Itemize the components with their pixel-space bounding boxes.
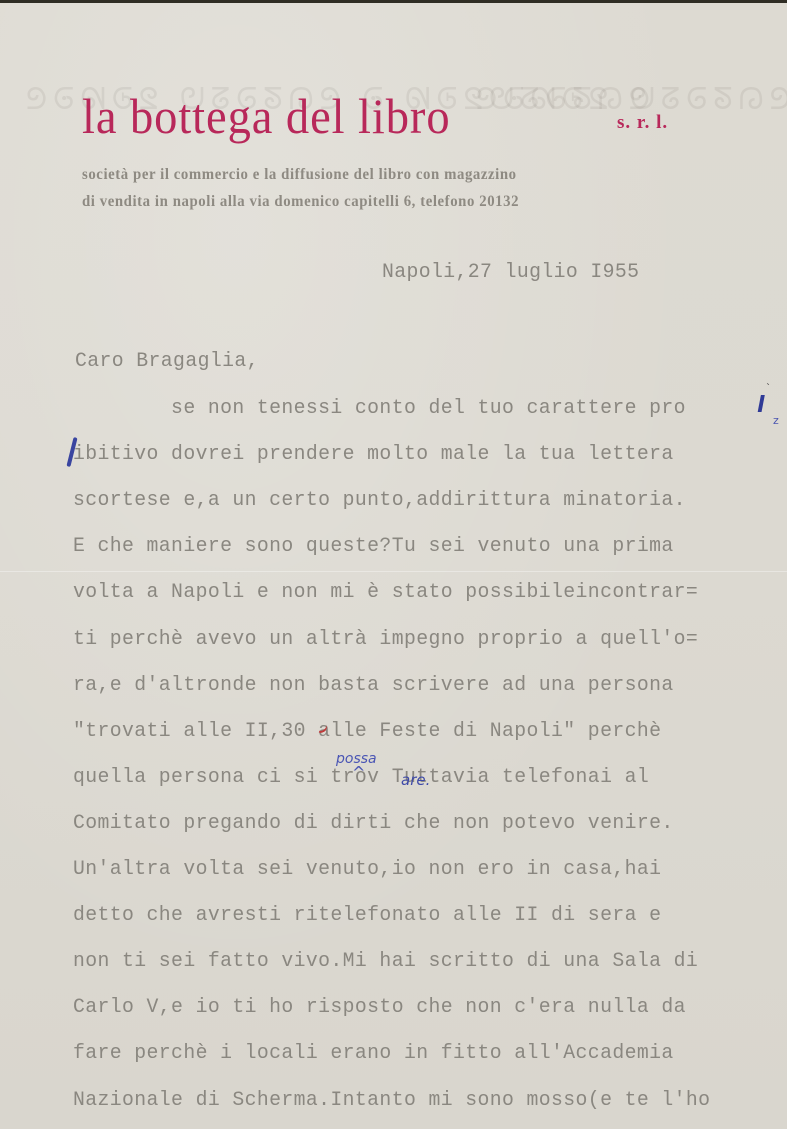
letter-body-line: Comitato pregando di dirti che non potev…: [73, 812, 674, 835]
letterhead-company-suffix: s. r. l.: [617, 112, 668, 134]
letter-body-line: "trovati alle II,30 alle Feste di Napoli…: [73, 720, 661, 743]
letter-body-line: scortese e,a un certo punto,addirittura …: [73, 489, 686, 512]
letterhead-subtitle-line-2: di vendita in napoli alla via domenico c…: [82, 193, 519, 211]
handwritten-correction-letter: l: [757, 393, 765, 418]
letter-body-line: volta a Napoli e non mi è stato possibil…: [73, 581, 698, 604]
letter-body-line: Un'altra volta sei venuto,io non ero in …: [73, 858, 661, 881]
paper-fold-line: [0, 571, 787, 572]
letter-salutation: Caro Bragaglia,: [75, 350, 259, 373]
handwritten-correction-superscript: z: [773, 414, 779, 427]
letter-body-line: Carlo V,e io ti ho risposto che non c'er…: [73, 996, 686, 1019]
letter-body-line: fare perchè i locali erano in fitto all'…: [73, 1042, 674, 1065]
letter-body-line: ti perchè avevo un altrà impegno proprio…: [73, 628, 698, 651]
letter-body-line: se non tenessi conto del tuo carattere p…: [73, 397, 686, 420]
letter-date: Napoli,27 luglio I955: [382, 261, 639, 284]
handwritten-word-ending: are.: [401, 771, 430, 789]
handwritten-accent-mark: ˋ: [766, 383, 771, 394]
handwritten-insertion-caret: ^: [352, 763, 365, 782]
letter-body-line: ra,e d'altronde non basta scrivere ad un…: [73, 674, 674, 697]
letter-body-line: non ti sei fatto vivo.Mi hai scritto di …: [73, 950, 698, 973]
letter-body-line: detto che avresti ritelefonato alle II d…: [73, 904, 661, 927]
letterhead-subtitle-line-1: società per il commercio e la diffusione…: [82, 166, 517, 184]
letter-body-line: E che maniere sono queste?Tu sei venuto …: [73, 535, 674, 558]
letter-body-line: ibitivo dovrei prendere molto male la tu…: [73, 443, 674, 466]
letterhead-company-name: la bottega del libro: [82, 86, 451, 146]
letter-body-line: Nazionale di Scherma.Intanto mi sono mos…: [73, 1089, 710, 1112]
scan-top-edge: [0, 0, 787, 3]
